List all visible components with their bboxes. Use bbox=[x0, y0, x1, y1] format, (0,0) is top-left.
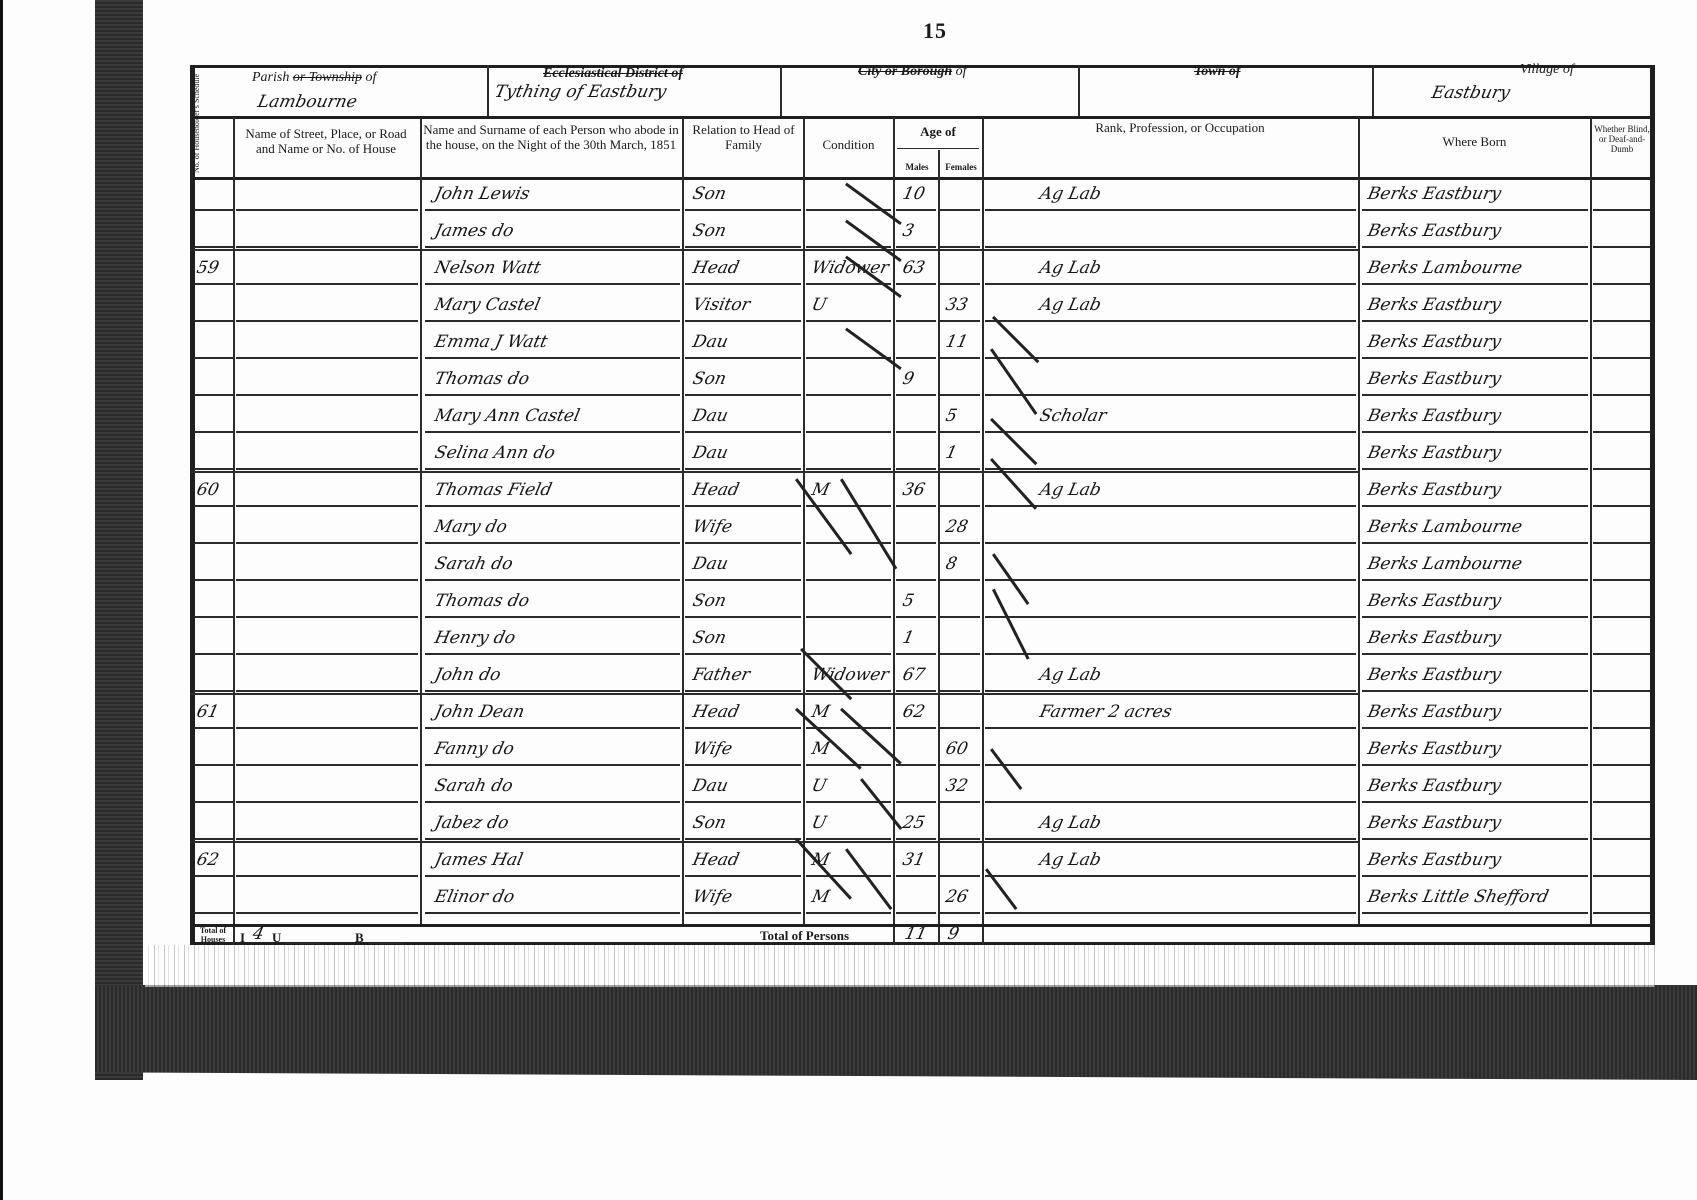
where-born: Berks Eastbury bbox=[1366, 850, 1503, 870]
occupation: Ag Lab bbox=[1038, 295, 1103, 315]
occupation: Ag Lab bbox=[1038, 480, 1103, 500]
where-born: Berks Lambourne bbox=[1366, 517, 1524, 537]
household-separator bbox=[190, 693, 1360, 695]
col-street-header: Name of Street, Place, or Road and Name … bbox=[236, 126, 416, 156]
where-born: Berks Lambourne bbox=[1366, 554, 1524, 574]
table-row: Thomas doSon5Berks Eastbury bbox=[0, 585, 1697, 621]
schedule-number: 59 bbox=[195, 258, 221, 278]
relation-to-head: Wife bbox=[691, 739, 734, 759]
household-separator bbox=[190, 249, 1360, 251]
total-houses-label: Total of Houses bbox=[194, 926, 232, 944]
col-condition-header: Condition bbox=[806, 137, 891, 152]
where-born: Berks Eastbury bbox=[1366, 221, 1503, 241]
schedule-number: 60 bbox=[195, 480, 221, 500]
table-row: Jabez doSonU25Ag LabBerks Eastbury bbox=[0, 807, 1697, 843]
female-age: 28 bbox=[944, 517, 970, 537]
ecclesiastical-district-value: Tything of Eastbury bbox=[493, 82, 668, 102]
table-row: Sarah doDauU32Berks Eastbury bbox=[0, 770, 1697, 806]
where-born: Berks Eastbury bbox=[1366, 406, 1503, 426]
where-born: Berks Eastbury bbox=[1366, 480, 1503, 500]
person-name: Henry do bbox=[433, 628, 517, 648]
city-borough-label: City or Borough of bbox=[858, 64, 967, 80]
where-born: Berks Eastbury bbox=[1366, 332, 1503, 352]
female-age: 33 bbox=[944, 295, 970, 315]
occupation: Ag Lab bbox=[1038, 850, 1103, 870]
occupation: Farmer 2 acres bbox=[1038, 702, 1174, 722]
scan-noise bbox=[145, 945, 1655, 987]
person-name: Emma J Watt bbox=[433, 332, 549, 352]
where-born: Berks Eastbury bbox=[1366, 369, 1503, 389]
person-name: Sarah do bbox=[433, 554, 515, 574]
where-born: Berks Eastbury bbox=[1366, 702, 1503, 722]
relation-to-head: Head bbox=[691, 850, 741, 870]
female-age: 26 bbox=[944, 887, 970, 907]
village-label: Village of bbox=[1520, 62, 1574, 78]
relation-to-head: Dau bbox=[691, 443, 730, 463]
inhabited-label: I bbox=[240, 930, 245, 946]
person-name: John Lewis bbox=[433, 184, 532, 204]
occupation: Ag Lab bbox=[1038, 258, 1103, 278]
marital-condition: M bbox=[810, 887, 832, 907]
table-row: Mary CastelVisitorU33Ag LabBerks Eastbur… bbox=[0, 289, 1697, 325]
where-born: Berks Eastbury bbox=[1366, 628, 1503, 648]
person-name: Sarah do bbox=[433, 776, 515, 796]
relation-to-head: Son bbox=[691, 813, 728, 833]
marital-condition: U bbox=[810, 295, 829, 315]
col-males-header: Males bbox=[896, 162, 938, 172]
where-born: Berks Eastbury bbox=[1366, 776, 1503, 796]
relation-to-head: Son bbox=[691, 628, 728, 648]
relation-to-head: Dau bbox=[691, 554, 730, 574]
person-name: Mary Ann Castel bbox=[433, 406, 582, 426]
male-age: 67 bbox=[901, 665, 927, 685]
col-age-header: Age of bbox=[895, 124, 981, 139]
where-born: Berks Eastbury bbox=[1366, 295, 1503, 315]
table-row: Fanny doWifeM60Berks Eastbury bbox=[0, 733, 1697, 769]
where-born: Berks Eastbury bbox=[1366, 591, 1503, 611]
table-row: Mary doWife28Berks Lambourne bbox=[0, 511, 1697, 547]
male-age: 10 bbox=[901, 184, 927, 204]
col-blind-deaf-header: Whether Blind, or Deaf-and-Dumb bbox=[1592, 124, 1652, 154]
where-born: Berks Eastbury bbox=[1366, 813, 1503, 833]
marital-condition: M bbox=[810, 739, 832, 759]
male-age: 5 bbox=[901, 591, 916, 611]
person-name: Jabez do bbox=[433, 813, 511, 833]
person-name: John do bbox=[433, 665, 503, 685]
relation-to-head: Dau bbox=[691, 332, 730, 352]
col-occupation-header: Rank, Profession, or Occupation bbox=[1080, 120, 1280, 135]
occupation: Ag Lab bbox=[1038, 813, 1103, 833]
parish-value: Lambourne bbox=[256, 92, 359, 112]
male-age: 3 bbox=[901, 221, 916, 241]
uninhabited-label: U bbox=[272, 930, 281, 946]
person-name: Mary Castel bbox=[433, 295, 542, 315]
table-row: Mary Ann CastelDau5ScholarBerks Eastbury bbox=[0, 400, 1697, 436]
male-age: 63 bbox=[901, 258, 927, 278]
household-separator bbox=[190, 471, 1360, 473]
relation-to-head: Visitor bbox=[691, 295, 752, 315]
occupation: Ag Lab bbox=[1038, 184, 1103, 204]
relation-to-head: Head bbox=[691, 258, 741, 278]
marital-condition: U bbox=[810, 813, 829, 833]
person-name: Thomas do bbox=[433, 369, 531, 389]
male-age: 36 bbox=[901, 480, 927, 500]
ecclesiastical-district-label: Ecclesiastical District of bbox=[543, 66, 683, 82]
total-males: 11 bbox=[903, 924, 929, 944]
marital-condition: U bbox=[810, 776, 829, 796]
person-name: John Dean bbox=[433, 702, 526, 722]
female-age: 60 bbox=[944, 739, 970, 759]
occupation: Scholar bbox=[1038, 406, 1108, 426]
col-households-header: No. of Householder's Schedule bbox=[192, 123, 201, 173]
person-name: Thomas do bbox=[433, 591, 531, 611]
occupation: Ag Lab bbox=[1038, 665, 1103, 685]
relation-to-head: Wife bbox=[691, 517, 734, 537]
relation-to-head: Son bbox=[691, 591, 728, 611]
village-value: Eastbury bbox=[1430, 83, 1512, 103]
where-born: Berks Eastbury bbox=[1366, 443, 1503, 463]
household-separator bbox=[190, 841, 1360, 843]
col-where-born-header: Where Born bbox=[1362, 134, 1587, 149]
female-age: 8 bbox=[944, 554, 959, 574]
person-name: James Hal bbox=[433, 850, 525, 870]
col-relation-header: Relation to Head of Family bbox=[686, 122, 801, 152]
male-age: 62 bbox=[901, 702, 927, 722]
where-born: Berks Eastbury bbox=[1366, 665, 1503, 685]
schedule-number: 62 bbox=[195, 850, 221, 870]
marital-condition: M bbox=[810, 480, 832, 500]
town-label: Town of bbox=[1194, 64, 1241, 80]
total-persons-label: Total of Persons bbox=[760, 928, 849, 944]
marital-condition: M bbox=[810, 702, 832, 722]
female-age: 32 bbox=[944, 776, 970, 796]
relation-to-head: Son bbox=[691, 221, 728, 241]
male-age: 1 bbox=[901, 628, 916, 648]
where-born: Berks Eastbury bbox=[1366, 184, 1503, 204]
where-born: Berks Eastbury bbox=[1366, 739, 1503, 759]
male-age: 31 bbox=[901, 850, 927, 870]
relation-to-head: Head bbox=[691, 480, 741, 500]
male-age: 25 bbox=[901, 813, 927, 833]
table-row: John doFatherWidower67Ag LabBerks Eastbu… bbox=[0, 659, 1697, 695]
female-age: 1 bbox=[944, 443, 959, 463]
relation-to-head: Dau bbox=[691, 776, 730, 796]
building-label: B bbox=[355, 930, 364, 946]
where-born: Berks Little Shefford bbox=[1366, 887, 1551, 907]
person-name: Selina Ann do bbox=[433, 443, 557, 463]
table-row: Henry doSon1Berks Eastbury bbox=[0, 622, 1697, 658]
table-row: Selina Ann doDau1Berks Eastbury bbox=[0, 437, 1697, 473]
relation-to-head: Wife bbox=[691, 887, 734, 907]
relation-to-head: Dau bbox=[691, 406, 730, 426]
person-name: Mary do bbox=[433, 517, 509, 537]
female-age: 5 bbox=[944, 406, 959, 426]
person-name: James do bbox=[433, 221, 516, 241]
person-name: Elinor do bbox=[433, 887, 516, 907]
person-name: Nelson Watt bbox=[433, 258, 543, 278]
parish-label: Parish or Township of bbox=[252, 70, 376, 86]
schedule-number: 61 bbox=[195, 702, 221, 722]
page-number: 15 bbox=[915, 18, 955, 44]
person-name: Thomas Field bbox=[433, 480, 554, 500]
scan-shadow-bottom bbox=[95, 985, 1697, 1080]
relation-to-head: Son bbox=[691, 184, 728, 204]
male-age: 9 bbox=[901, 369, 916, 389]
relation-to-head: Head bbox=[691, 702, 741, 722]
table-row: Thomas doSon9Berks Eastbury bbox=[0, 363, 1697, 399]
female-age: 11 bbox=[944, 332, 970, 352]
relation-to-head: Son bbox=[691, 369, 728, 389]
col-name-header: Name and Surname of each Person who abod… bbox=[422, 122, 680, 152]
where-born: Berks Lambourne bbox=[1366, 258, 1524, 278]
person-name: Fanny do bbox=[433, 739, 516, 759]
relation-to-head: Father bbox=[691, 665, 752, 685]
col-females-header: Females bbox=[940, 162, 982, 172]
